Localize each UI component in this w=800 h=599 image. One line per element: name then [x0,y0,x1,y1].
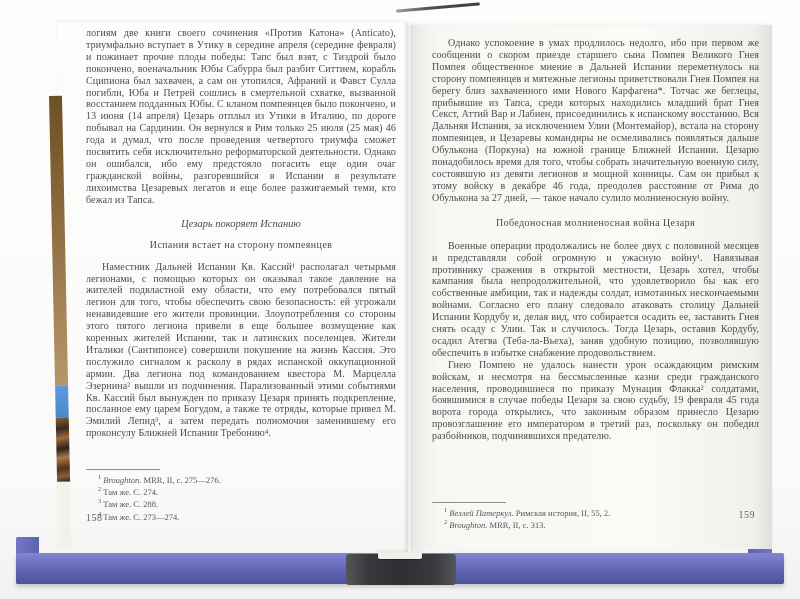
footnote-source: Broughton. [449,520,487,530]
footnote-marker: 2 [98,486,101,493]
footnote-text: MRR, II, с. 275—276. [144,475,221,485]
left-page-text: логиям две книги своего сочинения «Проти… [86,28,396,440]
footnote: 2Broughton. MRR, II, с. 313. [432,518,759,530]
right-page-text: Однако успокоение в умах продлилось недо… [432,38,759,443]
left-page: логиям две книги своего сочинения «Проти… [57,22,408,552]
footnote-marker: 2 [444,519,447,526]
page-number: 159 [739,510,756,521]
footnote-text: MRR, II, с. 313. [490,520,546,530]
footnote-marker: 3 [98,498,101,505]
footnote: 1Веллей Патеркул. Римская история, II, 5… [432,506,759,518]
footnotes: 1Broughton. MRR, II, с. 275—276. 2Там же… [86,469,396,522]
footnote-marker: 1 [98,474,101,481]
right-page: Однако успокоение в умах продлилось недо… [408,25,772,549]
footnote: 2Там же. С. 274. [86,485,396,497]
section-heading: Испания встает на сторону помпеянцев [86,240,396,251]
footnote: 3Там же. С. 288. [86,497,396,509]
footnote-text: Там же. С. 274. [103,487,158,497]
page-number: 158 [86,513,103,524]
footnote-text: Там же. С. 273—274. [103,512,179,522]
paragraph: Наместник Дальней Испании Кв. Кассий¹ ра… [86,262,396,441]
paragraph: Однако успокоение в умах продлилось недо… [432,38,759,205]
footnote-text: Римская история, II, 55, 2. [516,508,610,518]
paragraph: Военные операции продолжались не более д… [432,241,759,360]
footnote: 4Там же. С. 273—274. [86,510,396,522]
book-photo: логиям две книги своего сочинения «Проти… [0,0,800,599]
footnote-marker: 1 [444,507,447,514]
footnote-source: Broughton. [103,475,141,485]
footnote-rule [432,502,506,503]
chapter-heading: Цезарь покоряет Испанию [86,219,396,230]
footnote-source: Веллей Патеркул. [449,508,513,518]
footnote: 1Broughton. MRR, II, с. 275—276. [86,473,396,485]
book-gutter [403,22,413,552]
paragraph: Гнею Помпею не удалось нанести урон осаж… [432,360,759,443]
top-spine-edge [396,2,480,12]
footnote-rule [86,469,160,470]
paragraph: логиям две книги своего сочинения «Проти… [86,28,396,207]
footnote-text: Там же. С. 288. [103,499,158,509]
footnotes: 1Веллей Патеркул. Римская история, II, 5… [432,502,759,530]
section-heading: Победоносная молниеносная война Цезаря [432,218,759,229]
